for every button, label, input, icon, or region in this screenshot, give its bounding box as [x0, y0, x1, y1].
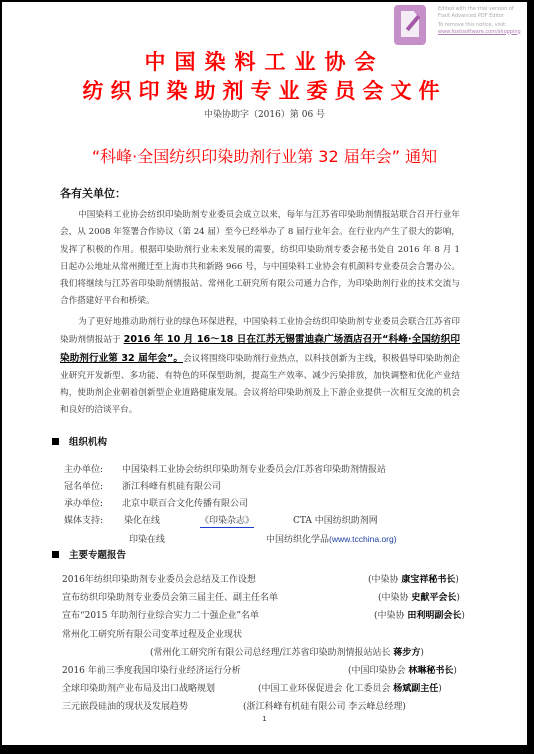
media-tcchina-name: 中国纺织化学品: [266, 535, 329, 545]
paragraph-meeting: 为了更好地推动助剂行业的绿色环保进程，中国染料工业协会纺织印染助剂专业委员会联合…: [60, 314, 460, 420]
speaker-name: 蒋步方: [393, 648, 420, 658]
report-speaker: (中国工业环保促进会 化工委员会 杨斌副主任): [258, 681, 442, 694]
section-organization: 组织机构: [52, 434, 107, 448]
report-title: 常州化工研究所有限公司变革过程及企业现状: [62, 627, 242, 640]
speaker-org: (浙江科峰有机硅有限公司 李云峰总经理): [243, 702, 406, 712]
speaker-name: 杨斌副主任: [393, 684, 438, 694]
speaker-org: (中染协: [368, 575, 401, 585]
report-speaker: (中染协 康宝祥秘书长): [368, 572, 459, 585]
org-row-sponsor: 冠名单位:浙江科峰有机硅有限公司: [64, 479, 221, 492]
org-row-media: 媒体支持:: [64, 513, 122, 526]
square-bullet-icon: [52, 551, 59, 558]
page-shadow: [527, 4, 532, 750]
salutation: 各有关单位：: [60, 185, 126, 201]
foxit-editor-icon: [394, 5, 426, 45]
doc-number: 中染协助字（2016）第 06 号: [2, 107, 527, 120]
paragraph-intro-text: 中国染料工业协会纺织印染助剂专业委员会成立以来，每年与江苏省印染助剂情报站联合召…: [60, 210, 460, 306]
org-value: 北京中联百合文化传播有限公司: [122, 499, 248, 509]
media-tcchina-url[interactable]: (www.tcchina.org): [329, 534, 397, 544]
speaker-org: (中国印染协会: [348, 666, 408, 676]
watermark-link[interactable]: www.foxitsoftware.com/shopping: [438, 29, 528, 36]
media-yinran-online: 印染在线: [129, 532, 165, 545]
speaker-close: ): [453, 666, 457, 676]
square-bullet-icon: [52, 438, 59, 445]
report-speaker: (浙江科峰有机硅有限公司 李云峰总经理): [243, 699, 406, 712]
speaker-close: ): [461, 611, 465, 621]
speaker-name: 林琳秘书长: [408, 666, 453, 676]
speaker-name: 史献平会长: [411, 593, 456, 603]
speaker-org: (中染协: [378, 593, 411, 603]
report-speaker: (常州化工研究所有限公司总经理/江苏省印染助剂情报站站长 蒋步方): [150, 645, 424, 658]
report-title: 宣布“2015 年助剂行业综合实力二十强企业”名单: [62, 608, 259, 621]
org-row-host: 主办单位:中国染料工业协会纺织印染助剂专业委员会/江苏省印染助剂情报站: [64, 462, 386, 475]
section-reports: 主要专题报告: [52, 547, 126, 561]
org-label: 媒体支持:: [64, 513, 122, 526]
paragraph-intro: 中国染料工业协会纺织印染助剂专业委员会成立以来，每年与江苏省印染助剂情报站联合召…: [60, 207, 460, 311]
speaker-name: 田利明副会长: [407, 611, 461, 621]
media-tcchina: 中国纺织化学品(www.tcchina.org): [266, 532, 397, 545]
org-label: 冠名单位:: [64, 479, 122, 492]
section-heading: 组织机构: [69, 437, 107, 448]
org-row-organizer: 承办单位:北京中联百合文化传播有限公司: [64, 496, 248, 509]
document-page: Edited with the trial version of Foxit A…: [2, 2, 527, 745]
speaker-close: ): [438, 684, 442, 694]
notice-title: “科峰·全国纺织印染助剂行业第 32 届年会” 通知: [2, 144, 527, 167]
report-speaker: (中国印染协会 林琳秘书长): [348, 663, 457, 676]
speaker-org: (中国工业环保促进会 化工委员会: [258, 684, 393, 694]
org-value: 浙江科峰有机硅有限公司: [122, 482, 221, 492]
page-number: 1: [2, 715, 527, 723]
speaker-close: ): [455, 575, 459, 585]
org-label: 主办单位:: [64, 462, 122, 475]
org-value: 中国染料工业协会纺织印染助剂专业委员会/江苏省印染助剂情报站: [122, 465, 386, 475]
report-title: 2016 年前三季度我国印染行业经济运行分析: [62, 663, 241, 676]
speaker-org: (常州化工研究所有限公司总经理/江苏省印染助剂情报站站长: [150, 648, 393, 658]
doc-title: 纺织印染助剂专业委员会文件: [2, 75, 527, 105]
report-title: 2016年纺织印染助剂专业委员会总结及工作设想: [62, 572, 256, 585]
speaker-close: ): [456, 593, 460, 603]
media-yinran-magazine-link[interactable]: 《印染杂志》: [200, 513, 254, 528]
org-title: 中国染料工业协会: [2, 46, 527, 76]
speaker-name: 康宝祥秘书长: [401, 575, 455, 585]
speaker-org: (中染协: [374, 611, 407, 621]
report-title: 三元嵌段硅油的现状及发展趋势: [62, 699, 188, 712]
report-speaker: (中染协 田利明副会长): [374, 608, 465, 621]
speaker-close: ): [420, 648, 424, 658]
report-title: 宣布纺织印染助剂专业委员会第三届主任、副主任名单: [62, 590, 278, 603]
media-cta: CTA 中国纺织助剂网: [293, 513, 378, 526]
media-ranhua-online: 染化在线: [124, 513, 160, 526]
foxit-trial-watermark: Edited with the trial version of Foxit A…: [392, 3, 528, 47]
report-speaker: (中染协 史献平会长): [378, 590, 460, 603]
org-label: 承办单位:: [64, 496, 122, 509]
section-heading: 主要专题报告: [69, 550, 126, 561]
report-title: 全球印染助剂产业布局及出口战略规划: [62, 681, 215, 694]
